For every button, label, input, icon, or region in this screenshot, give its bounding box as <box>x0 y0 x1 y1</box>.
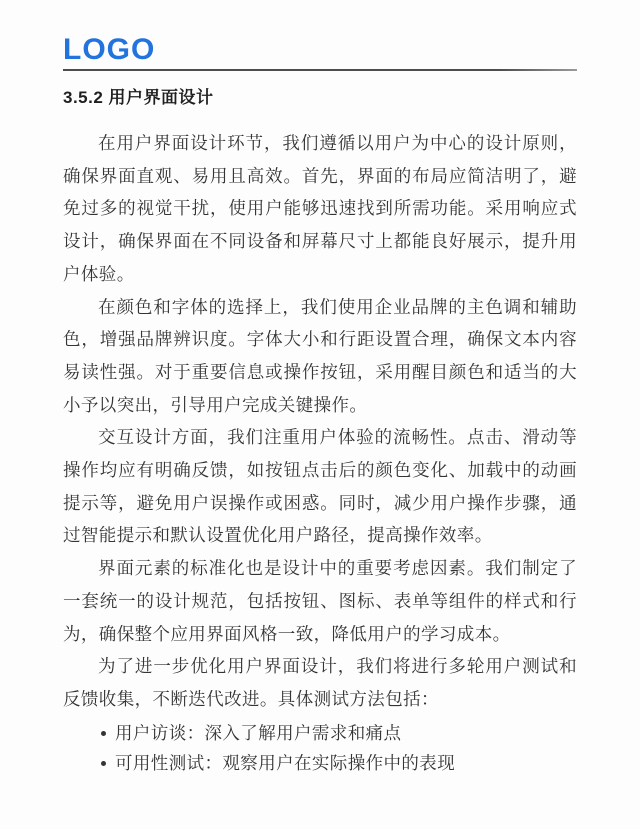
section-heading: 3.5.2 用户界面设计 <box>63 87 577 109</box>
paragraph-standardization: 界面元素的标准化也是设计中的重要考虑因素。我们制定了一套统一的设计规范，包括按钮… <box>63 552 577 650</box>
list-item-usability-test: 可用性测试：观察用户在实际操作中的表现 <box>63 748 577 778</box>
document-content: 3.5.2 用户界面设计 在用户界面设计环节，我们遵循以用户为中心的设计原则，确… <box>63 87 577 778</box>
company-logo: LOGO <box>63 36 577 64</box>
bullet-dot-icon <box>101 761 106 766</box>
list-item-text: 用户访谈：深入了解用户需求和痛点 <box>115 723 401 743</box>
paragraph-color-font: 在颜色和字体的选择上，我们使用企业品牌的主色调和辅助色，增强品牌辨识度。字体大小… <box>63 291 577 422</box>
test-methods-list: 用户访谈：深入了解用户需求和痛点 可用性测试：观察用户在实际操作中的表现 <box>63 718 577 778</box>
paragraph-interaction-design: 交互设计方面，我们注重用户体验的流畅性。点击、滑动等操作均应有明确反馈，如按钮点… <box>63 421 577 552</box>
paragraph-testing-intro: 为了进一步优化用户界面设计，我们将进行多轮用户测试和反馈收集，不断迭代改进。具体… <box>63 650 577 715</box>
page-header: LOGO <box>63 0 577 71</box>
header-divider <box>63 69 577 71</box>
bullet-dot-icon <box>101 731 106 736</box>
list-item-user-interview: 用户访谈：深入了解用户需求和痛点 <box>63 718 577 748</box>
list-item-text: 可用性测试：观察用户在实际操作中的表现 <box>115 753 455 773</box>
document-page: LOGO 3.5.2 用户界面设计 在用户界面设计环节，我们遵循以用户为中心的设… <box>0 0 640 829</box>
paragraph-ui-principles: 在用户界面设计环节，我们遵循以用户为中心的设计原则，确保界面直观、易用且高效。首… <box>63 127 577 291</box>
document-body-text: 在用户界面设计环节，我们遵循以用户为中心的设计原则，确保界面直观、易用且高效。首… <box>63 127 577 778</box>
